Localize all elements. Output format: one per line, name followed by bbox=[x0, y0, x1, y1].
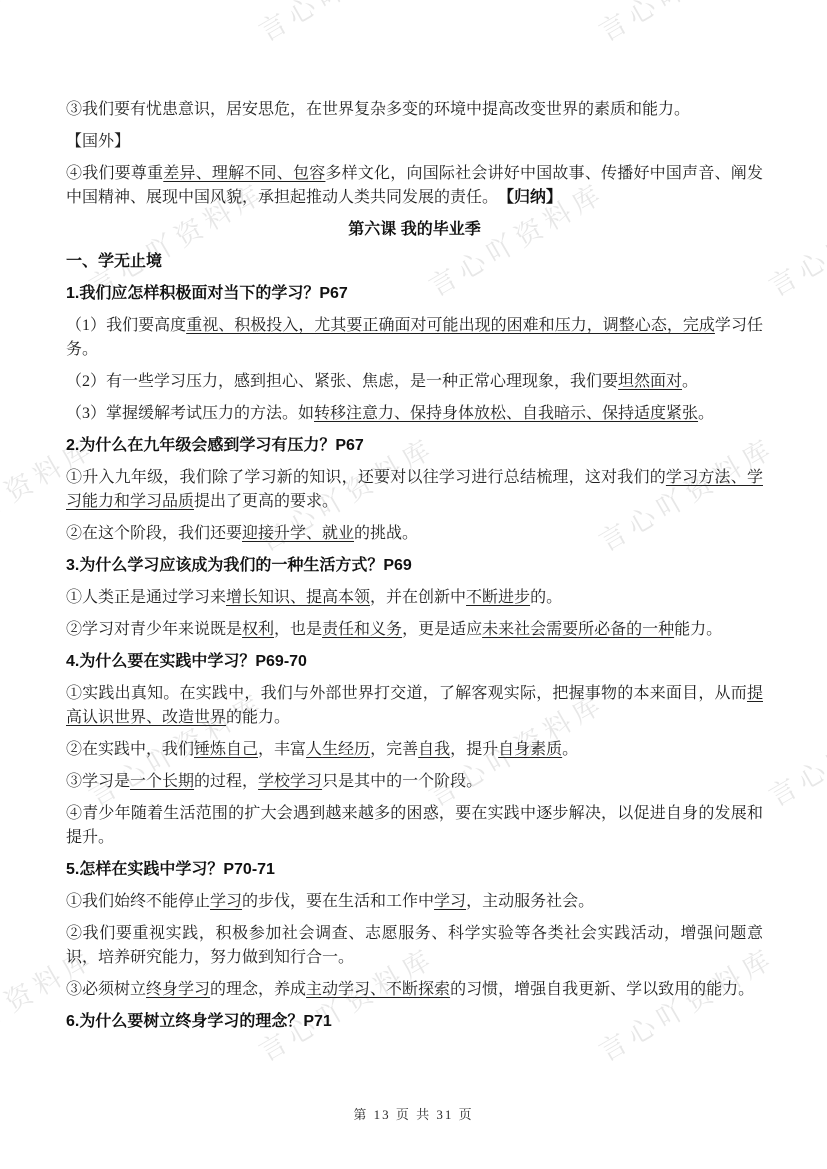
text-run: 。 bbox=[562, 741, 578, 758]
text-run: ，也是 bbox=[274, 621, 322, 638]
underlined-key-phrase: 学习 bbox=[210, 893, 242, 910]
text-run: ①升入九年级，我们除了学习新的知识，还要对以往学习进行总结梳理，这对我们的 bbox=[66, 469, 666, 486]
text-run: ③我们要有忧患意识，居安思危，在世界复杂多变的环境中提高改变世界的素质和能力。 bbox=[66, 101, 690, 118]
question-4: 4.为什么要在实践中学习？P69-70 bbox=[66, 650, 763, 674]
underlined-key-phrase: 坦然面对 bbox=[618, 373, 682, 390]
underlined-key-phrase: 自身素质 bbox=[498, 741, 562, 758]
document-page: 言心吖资料库言心吖资料库言心吖资料库言心吖资料库言心吖资料库言心吖资料库言心吖资… bbox=[0, 0, 827, 1169]
lesson-title: 第六课 我的毕业季 bbox=[66, 218, 763, 242]
watermark-text: 言心吖资料库 bbox=[761, 681, 827, 814]
para-worry-awareness: ③我们要有忧患意识，居安思危，在世界复杂多变的环境中提高改变世界的素质和能力。 bbox=[66, 98, 763, 122]
text-run: ，丰富 bbox=[258, 741, 306, 758]
watermark-text: 言心吖资料库 bbox=[251, 0, 442, 49]
text-run: ，主动服务社会。 bbox=[466, 893, 594, 910]
text-run: 的理念，养成 bbox=[210, 981, 306, 998]
page-number: 第 13 页 共 31 页 bbox=[0, 1104, 827, 1123]
text-run: 一、学无止境 bbox=[66, 253, 162, 270]
text-run: 3.为什么学习应该成为我们的一种生活方式？P69 bbox=[66, 557, 412, 574]
text-run: 第六课 我的毕业季 bbox=[348, 221, 480, 238]
text-run: （1）我们要高度 bbox=[66, 317, 186, 334]
document-body: ③我们要有忧患意识，居安思危，在世界复杂多变的环境中提高改变世界的素质和能力。【… bbox=[66, 90, 763, 1042]
text-run: ①实践出真知。在实践中，我们与外部世界打交道，了解客观实际，把握事物的本来面目，… bbox=[66, 685, 747, 702]
text-run: ，提升 bbox=[450, 741, 498, 758]
text-run: 5.怎样在实践中学习？P70-71 bbox=[66, 861, 275, 878]
underlined-key-phrase: 人生经历 bbox=[306, 741, 370, 758]
underlined-key-phrase: 转移注意力、保持身体放松、自我暗示、保持适度紧张 bbox=[314, 405, 698, 422]
text-run: 6.为什么要树立终身学习的理念？P71 bbox=[66, 1013, 332, 1030]
underlined-key-phrase: 权利 bbox=[242, 621, 274, 638]
answer-3-1: ①人类正是通过学习来增长知识、提高本领，并在创新中不断进步的。 bbox=[66, 586, 763, 610]
text-run: ②学习对青少年来说既是 bbox=[66, 621, 242, 638]
text-run: 。 bbox=[682, 373, 698, 390]
question-2: 2.为什么在九年级会感到学习有压力？P67 bbox=[66, 434, 763, 458]
answer-5-2: ②我们要重视实践，积极参加社会调查、志愿服务、科学实验等各类社会实践活动，增强问… bbox=[66, 922, 763, 970]
text-run: 的习惯，增强自我更新、学以致用的能力。 bbox=[450, 981, 754, 998]
question-5: 5.怎样在实践中学习？P70-71 bbox=[66, 858, 763, 882]
underlined-key-phrase: 主动学习、不断探索 bbox=[306, 981, 450, 998]
text-run: 的过程， bbox=[194, 773, 258, 790]
underlined-key-phrase: 重视、积极投入，尤其要正确面对可能出现的困难和压力，调整心态，完成 bbox=[186, 317, 715, 334]
answer-4-2: ②在实践中，我们锤炼自己，丰富人生经历，完善自我，提升自身素质。 bbox=[66, 738, 763, 762]
answer-4-1: ①实践出真知。在实践中，我们与外部世界打交道，了解客观实际，把握事物的本来面目，… bbox=[66, 682, 763, 730]
text-run: 只是其中的一个阶段。 bbox=[322, 773, 482, 790]
text-run: 的挑战。 bbox=[354, 525, 418, 542]
text-run: （2）有一些学习压力，感到担心、紧张、焦虑，是一种正常心理现象，我们要 bbox=[66, 373, 618, 390]
underlined-key-phrase: 学校学习 bbox=[258, 773, 322, 790]
answer-3-2: ②学习对青少年来说既是权利，也是责任和义务，更是适应未来社会需要所必备的一种能力… bbox=[66, 618, 763, 642]
text-run: 的。 bbox=[530, 589, 562, 606]
answer-1-2: （2）有一些学习压力，感到担心、紧张、焦虑，是一种正常心理现象，我们要坦然面对。 bbox=[66, 370, 763, 394]
answer-2-1: ①升入九年级，我们除了学习新的知识，还要对以往学习进行总结梳理，这对我们的学习方… bbox=[66, 466, 763, 514]
text-run: 的能力。 bbox=[226, 709, 290, 726]
answer-1-3: （3）掌握缓解考试压力的方法。如转移注意力、保持身体放松、自我暗示、保持适度紧张… bbox=[66, 402, 763, 426]
underlined-key-phrase: 差异、理解不同、包容 bbox=[163, 165, 325, 182]
underlined-key-phrase: 学习 bbox=[434, 893, 466, 910]
text-run: ②我们要重视实践，积极参加社会调查、志愿服务、科学实验等各类社会实践活动，增强问… bbox=[66, 925, 763, 966]
watermark-text: 言心吖资料库 bbox=[0, 0, 101, 49]
question-1: 1.我们应怎样积极面对当下的学习？P67 bbox=[66, 282, 763, 306]
underlined-key-phrase: 自我 bbox=[418, 741, 450, 758]
text-run: 。 bbox=[698, 405, 714, 422]
text-run: ④我们要尊重 bbox=[66, 165, 163, 182]
text-run: 4.为什么要在实践中学习？P69-70 bbox=[66, 653, 307, 670]
text-run: 能力。 bbox=[674, 621, 722, 638]
text-run: ③必须树立 bbox=[66, 981, 146, 998]
label-international: 【国外】 bbox=[66, 130, 763, 154]
text-run: （3）掌握缓解考试压力的方法。如 bbox=[66, 405, 314, 422]
text-run: ①人类正是通过学习来 bbox=[66, 589, 226, 606]
question-3: 3.为什么学习应该成为我们的一种生活方式？P69 bbox=[66, 554, 763, 578]
section-heading-1: 一、学无止境 bbox=[66, 250, 763, 274]
answer-5-3: ③必须树立终身学习的理念，养成主动学习、不断探索的习惯，增强自我更新、学以致用的… bbox=[66, 978, 763, 1002]
question-6: 6.为什么要树立终身学习的理念？P71 bbox=[66, 1010, 763, 1034]
underlined-key-phrase: 一个长期 bbox=[130, 773, 194, 790]
answer-4-4: ④青少年随着生活范围的扩大会遇到越来越多的困惑，要在实践中逐步解决，以促进自身的… bbox=[66, 802, 763, 850]
underlined-key-phrase: 终身学习 bbox=[146, 981, 210, 998]
text-run: ①我们始终不能停止 bbox=[66, 893, 210, 910]
text-run: ③学习是 bbox=[66, 773, 130, 790]
text-run: ，更是适应 bbox=[402, 621, 482, 638]
text-run: 的步伐，要在生活和工作中 bbox=[242, 893, 434, 910]
text-run: 【归纳】 bbox=[506, 189, 562, 206]
underlined-key-phrase: 未来社会需要所必备的一种 bbox=[482, 621, 674, 638]
text-run: 2.为什么在九年级会感到学习有压力？P67 bbox=[66, 437, 364, 454]
answer-5-1: ①我们始终不能停止学习的步伐，要在生活和工作中学习，主动服务社会。 bbox=[66, 890, 763, 914]
text-run: 提出了更高的要求。 bbox=[194, 493, 338, 510]
answer-4-3: ③学习是一个长期的过程，学校学习只是其中的一个阶段。 bbox=[66, 770, 763, 794]
underlined-key-phrase: 锤炼自己 bbox=[194, 741, 258, 758]
watermark-text: 言心吖资料库 bbox=[591, 0, 782, 49]
text-run: ②在实践中，我们 bbox=[66, 741, 194, 758]
answer-2-2: ②在这个阶段，我们还要迎接升学、就业的挑战。 bbox=[66, 522, 763, 546]
watermark-text: 言心吖资料库 bbox=[761, 171, 827, 304]
underlined-key-phrase: 增长知识、提高本领 bbox=[226, 589, 370, 606]
text-run: 【国外】 bbox=[66, 133, 130, 150]
underlined-key-phrase: 不断进步 bbox=[466, 589, 530, 606]
para-respect-differences: ④我们要尊重差异、理解不同、包容多样文化，向国际社会讲好中国故事、传播好中国声音… bbox=[66, 162, 763, 210]
underlined-key-phrase: 责任和义务 bbox=[322, 621, 402, 638]
text-run: ④青少年随着生活范围的扩大会遇到越来越多的困惑，要在实践中逐步解决，以促进自身的… bbox=[66, 805, 763, 846]
answer-1-1: （1）我们要高度重视、积极投入，尤其要正确面对可能出现的困难和压力，调整心态，完… bbox=[66, 314, 763, 362]
text-run: ，完善 bbox=[370, 741, 418, 758]
text-run: 1.我们应怎样积极面对当下的学习？P67 bbox=[66, 285, 348, 302]
underlined-key-phrase: 迎接升学、就业 bbox=[242, 525, 354, 542]
text-run: ②在这个阶段，我们还要 bbox=[66, 525, 242, 542]
text-run: ，并在创新中 bbox=[370, 589, 466, 606]
